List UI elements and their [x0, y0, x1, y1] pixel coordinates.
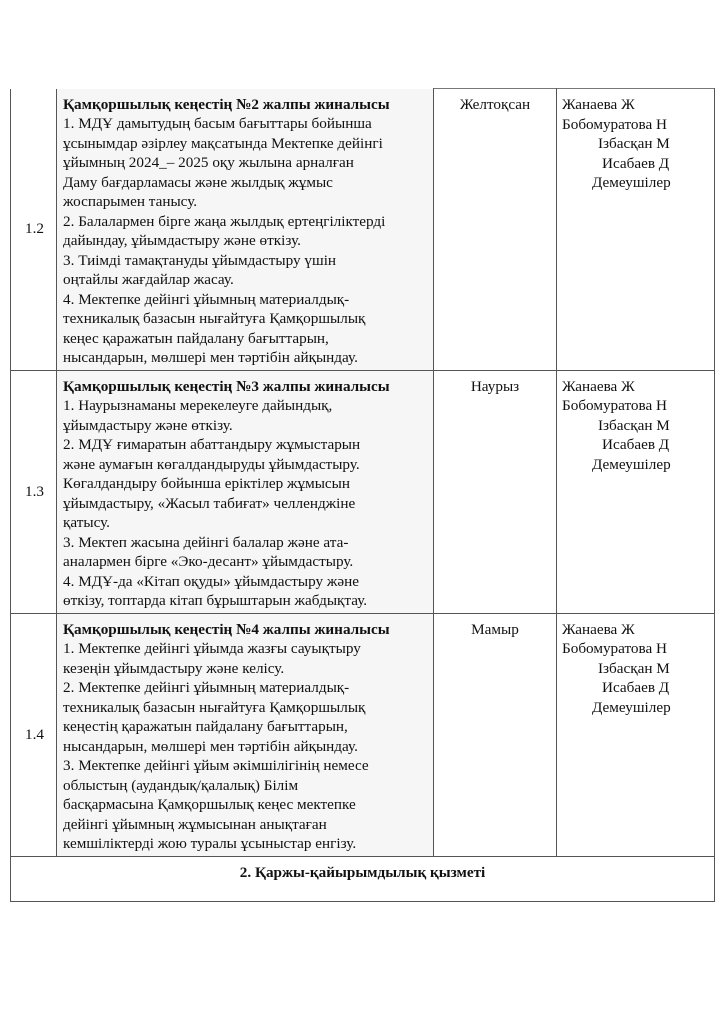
responsible-person: Ізбасқан М [562, 659, 714, 679]
row-number: 1.4 [11, 725, 56, 745]
table-row: 1.2Қамқоршылық кеңестің №2 жалпы жиналыс… [11, 89, 715, 371]
agenda-item-line: өткізу, топтарда кітап бұрыштарын жабдық… [63, 591, 429, 611]
responsible-person: Жанаева Ж [562, 95, 714, 115]
row-number-cell: 1.2 [11, 89, 57, 371]
agenda-item-line: кемшіліктерді жою туралы ұсыныстар енгіз… [63, 834, 429, 854]
agenda-item-line: кеңес қаражатын пайдалану бағыттарын, [63, 329, 429, 349]
responsible-cell: Жанаева ЖБобомуратова НІзбасқан МИсабаев… [557, 89, 715, 371]
plan-table-body: 1.2Қамқоршылық кеңестің №2 жалпы жиналыс… [11, 89, 715, 857]
agenda-item-line: 2. Мектепке дейінгі ұйымның материалдық- [63, 678, 429, 698]
agenda-item-line: 3. Мектеп жасына дейінгі балалар және ат… [63, 533, 429, 553]
agenda-item-line: 4. МДҰ-да «Кітап оқуды» ұйымдастыру және [63, 572, 429, 592]
responsible-person: Бобомуратова Н [562, 396, 714, 416]
agenda-item-line: кеңестің қаражатын пайдалану бағыттарын, [63, 717, 429, 737]
agenda-item-line: дейінгі ұйымның жұмысынан анықтаған [63, 815, 429, 835]
agenda-item-line: қатысу. [63, 513, 429, 533]
agenda-item-line: дайындау, ұйымдастыру және өткізу. [63, 231, 429, 251]
responsible-person: Жанаева Ж [562, 620, 714, 640]
agenda-item-line: 3. Тиімді тамақтануды ұйымдастыру үшін [63, 251, 429, 271]
table-row: 1.4Қамқоршылық кеңестің №4 жалпы жиналыс… [11, 613, 715, 856]
agenda-item-line: Көгалдандыру бойынша еріктілер жұмысын [63, 474, 429, 494]
agenda-item-line: оңтайлы жағдайлар жасау. [63, 270, 429, 290]
plan-table: 1.2Қамқоршылық кеңестің №2 жалпы жиналыс… [10, 88, 715, 902]
agenda-item-line: 3. Мектепке дейінгі ұйым әкімшілігінің н… [63, 756, 429, 776]
agenda-cell: Қамқоршылық кеңестің №2 жалпы жиналысы1.… [57, 89, 434, 371]
responsible-person: Жанаева Ж [562, 377, 714, 397]
responsible-person: Исабаев Д [562, 154, 714, 174]
meeting-title: Қамқоршылық кеңестің №3 жалпы жиналысы [63, 377, 429, 397]
responsible-person: Бобомуратова Н [562, 115, 714, 135]
responsible-cell: Жанаева ЖБобомуратова НІзбасқан МИсабаев… [557, 613, 715, 856]
agenda-item-line: және аумағын көгалдандыруды ұйымдастыру. [63, 455, 429, 475]
responsible-person: Демеушілер [562, 698, 714, 718]
agenda-item-line: ұйымның 2024_– 2025 оқу жылына арналған [63, 153, 429, 173]
agenda-item-line: нысандарын, мөлшері мен тәртібін айқында… [63, 737, 429, 757]
agenda-item-line: нысандарын, мөлшері мен тәртібін айқында… [63, 348, 429, 368]
row-number-cell: 1.3 [11, 370, 57, 613]
section-header-row: 2. Қаржы-қайырымдылық қызметі [11, 856, 715, 901]
responsible-person: Ізбасқан М [562, 416, 714, 436]
meeting-title: Қамқоршылық кеңестің №4 жалпы жиналысы [63, 620, 429, 640]
section-title: 2. Қаржы-қайырымдылық қызметі [11, 856, 715, 901]
responsible-person: Исабаев Д [562, 435, 714, 455]
agenda-cell: Қамқоршылық кеңестің №4 жалпы жиналысы1.… [57, 613, 434, 856]
agenda-item-line: 1. Наурызнаманы мерекелеуге дайындық, [63, 396, 429, 416]
responsible-cell: Жанаева ЖБобомуратова НІзбасқан МИсабаев… [557, 370, 715, 613]
agenda-item-line: аналармен бірге «Эко-десант» ұйымдастыру… [63, 552, 429, 572]
agenda-item-line: 2. Балалармен бірге жаңа жылдық ертеңгіл… [63, 212, 429, 232]
row-number: 1.2 [11, 219, 56, 239]
agenda-item-line: техникалық базасын нығайтуға Қамқоршылық [63, 698, 429, 718]
meeting-title: Қамқоршылық кеңестің №2 жалпы жиналысы [63, 95, 429, 115]
month-cell: Желтоқсан [434, 89, 557, 371]
agenda-item-line: ұсынымдар әзірлеу мақсатында Мектепке де… [63, 134, 429, 154]
agenda-cell: Қамқоршылық кеңестің №3 жалпы жиналысы1.… [57, 370, 434, 613]
agenda-item-line: Даму бағдарламасы және жылдық жұмыс [63, 173, 429, 193]
agenda-item-line: кезеңін ұйымдастыру және келісу. [63, 659, 429, 679]
responsible-person: Ізбасқан М [562, 134, 714, 154]
row-number: 1.3 [11, 482, 56, 502]
agenda-item-line: 1. Мектепке дейінгі ұйымда жазғы сауықты… [63, 639, 429, 659]
row-number-cell: 1.4 [11, 613, 57, 856]
agenda-item-line: 4. Мектепке дейінгі ұйымның материалдық- [63, 290, 429, 310]
agenda-item-line: ұйымдастыру, «Жасыл табиғат» челленджіне [63, 494, 429, 514]
agenda-item-line: облыстың (аудандық/қалалық) Білім [63, 776, 429, 796]
agenda-item-line: 1. МДҰ дамытудың басым бағыттары бойынша [63, 114, 429, 134]
responsible-person: Демеушілер [562, 173, 714, 193]
responsible-person: Демеушілер [562, 455, 714, 475]
agenda-item-line: 2. МДҰ ғимаратын абаттандыру жұмыстарын [63, 435, 429, 455]
month-cell: Мамыр [434, 613, 557, 856]
responsible-person: Исабаев Д [562, 678, 714, 698]
agenda-item-line: жоспарымен танысу. [63, 192, 429, 212]
month-cell: Наурыз [434, 370, 557, 613]
table-row: 1.3Қамқоршылық кеңестің №3 жалпы жиналыс… [11, 370, 715, 613]
agenda-item-line: басқармасына Қамқоршылық кеңес мектепке [63, 795, 429, 815]
agenda-item-line: ұйымдастыру және өткізу. [63, 416, 429, 436]
responsible-person: Бобомуратова Н [562, 639, 714, 659]
agenda-item-line: техникалық базасын нығайтуға Қамқоршылық [63, 309, 429, 329]
